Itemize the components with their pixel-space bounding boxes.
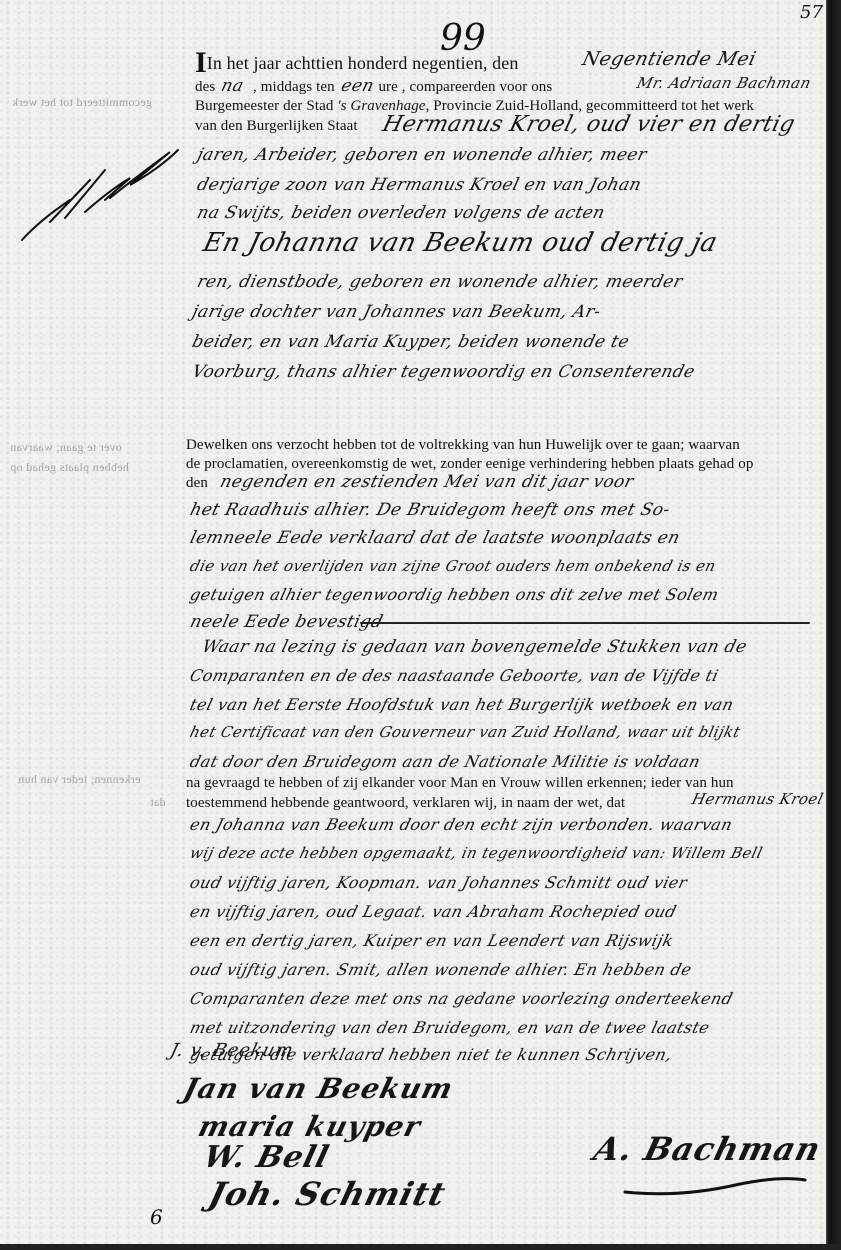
proclamation-line: het Raadhuis alhier. De Bruidegom heeft … (188, 500, 672, 520)
proclamation-line: negenden en zestienden Mei van dit jaar … (218, 472, 636, 492)
proclamation-printed-3: den (186, 475, 208, 492)
margin-scribble-icon (10, 140, 180, 260)
documents-line: het Certificaat van den Gouverneur van Z… (188, 723, 742, 741)
groom-line: na Swijts, beiden overleden volgens de a… (195, 203, 607, 223)
proclamation-line: lemneele Eede verklaard dat de laatste w… (188, 528, 682, 548)
declaration-line: en Johanna van Beekum door den echt zijn… (188, 815, 735, 834)
declaration-line: en vijftig jaren, oud Legaat. van Abraha… (188, 902, 679, 921)
bride-line: Voorburg, thans alhier tegenwoordig en C… (190, 362, 697, 382)
footer-mark: 6 (150, 1205, 163, 1229)
bride-line: ren, dienstbode, geboren en wonende alhi… (195, 272, 685, 292)
declaration-line: met uitzondering van den Bruidegom, en v… (188, 1018, 712, 1037)
signature-mayor: A. Bachman (590, 1130, 825, 1168)
margin-ghost-text: gecommitteerd tot het werk (12, 95, 152, 110)
proclamation-line: die van het overlijden van zijne Groot o… (188, 557, 718, 575)
proclamation-printed-1: Dewelken ons verzocht hebben tot de volt… (186, 437, 740, 454)
initial-letter: I (195, 46, 207, 79)
declaration-printed-1: na gevraagd te hebben of zij elkander vo… (186, 775, 734, 792)
margin-ghost-text: over te gaan; waarvan (10, 440, 122, 455)
signature-witness-bell: W. Bell (200, 1140, 333, 1175)
header-line-4: van den Burgerlijken Staat (195, 118, 358, 135)
page-edge-border (826, 0, 841, 1250)
signature-bride: J. v. Beekum (168, 1040, 296, 1061)
mayor-name-handwritten: Mr. Adriaan Bachman (635, 74, 813, 92)
header-line-2: des na , middags ten een ure , compareer… (195, 76, 552, 96)
groom-line: derjarige zoon van Hermanus Kroel en van… (195, 175, 643, 195)
bride-line: En Johanna van Beekum oud dertig ja (200, 228, 721, 258)
bride-line: jarige dochter van Johannes van Beekum, … (190, 302, 603, 322)
bride-line: beider, en van Maria Kuyper, beiden wone… (190, 332, 631, 352)
page-bottom-border (0, 1244, 841, 1250)
declaration-line: Comparanten deze met ons na gedane voorl… (188, 989, 735, 1008)
margin-ghost-text: dat (150, 795, 166, 810)
proclamation-line: neele Eede bevestigd (188, 612, 385, 632)
date-handwritten: Negentiende Mei (580, 48, 758, 70)
declaration-line: wij deze acte hebben opgemaakt, in tegen… (188, 844, 765, 862)
document-page: gecommitteerd tot het werk over te gaan;… (0, 0, 826, 1250)
declaration-line: oud vijftig jaren, Koopman. van Johannes… (188, 873, 689, 892)
documents-line: tel van het Eerste Hoofdstuk van het Bur… (188, 695, 736, 714)
declaration-line: oud vijftig jaren. Smit, allen wonende a… (188, 960, 694, 979)
page-number: 57 (800, 2, 823, 23)
signature-mother: maria kuyper (195, 1110, 424, 1143)
header-line-1: IIn het jaar achttien honderd negentien,… (195, 48, 518, 78)
signature-father: Jan van Beekum (180, 1072, 457, 1105)
documents-line: Waar na lezing is gedaan van bovengemeld… (200, 637, 749, 657)
declaration-printed-2: toestemmend hebbende geantwoord, verklar… (186, 795, 625, 812)
margin-ghost-text: hebben plaats gehad op (10, 460, 129, 475)
groom-line: jaren, Arbeider, geboren en wonende alhi… (195, 145, 649, 165)
documents-line: dat door den Bruidegom aan de Nationale … (188, 752, 702, 771)
groom-name-handwritten: Hermanus Kroel (690, 790, 825, 808)
signature-witness-schmitt: Joh. Schmitt (205, 1175, 450, 1213)
documents-line: Comparanten en de des naastaande Geboort… (188, 666, 721, 685)
declaration-line: een en dertig jaren, Kuiper en van Leend… (188, 931, 675, 950)
signature-flourish-icon (620, 1170, 810, 1200)
margin-ghost-text: erkennen; ieder van hun (18, 772, 141, 787)
proclamation-line: getuigen alhier tegenwoordig hebben ons … (188, 585, 721, 604)
groom-intro-handwritten: Hermanus Kroel, oud vier en dertig (380, 112, 798, 137)
proclamation-printed-2: de proclamatien, overeenkomstig de wet, … (186, 456, 753, 473)
line-filler-rule (360, 622, 810, 624)
